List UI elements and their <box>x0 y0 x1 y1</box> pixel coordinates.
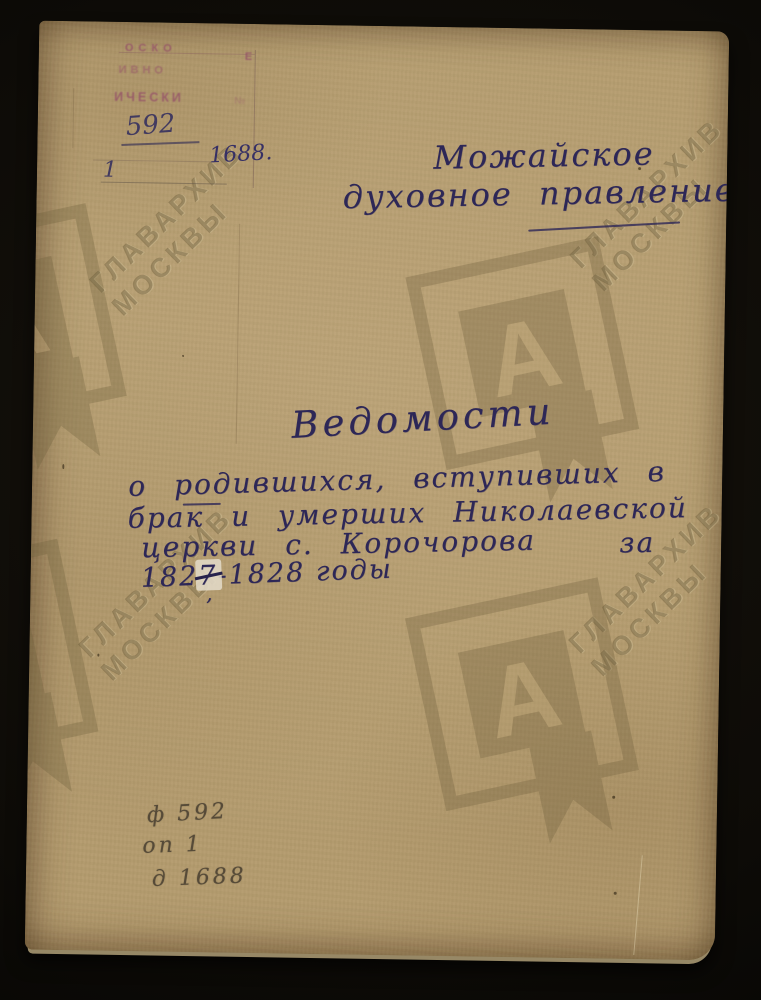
document-page: ГЛАВАРХИВ МОСКВЫ ГЛАВАРХИВ МОСКВЫ ГЛАВАР… <box>25 21 730 961</box>
paper-speck <box>638 167 641 170</box>
reference-opis: оп 1 <box>142 832 203 859</box>
stamp-bottom-mark: 1 <box>103 158 117 183</box>
reference-fond: ф 592 <box>146 799 228 828</box>
years-prefix: 182 <box>140 561 199 594</box>
stamp-text-line2: ИВНО <box>118 64 167 77</box>
stamp-text-line3-right: № <box>234 96 245 107</box>
reference-delo: д 1688 <box>151 864 247 892</box>
stamp-text-line3: ИЧЕСКИ <box>114 90 184 105</box>
header-line2: духовное правление <box>342 171 729 217</box>
years-suffix: -1828 годы <box>217 554 393 591</box>
subtitle-line3-za: за <box>619 526 656 560</box>
paper-speck <box>614 892 617 895</box>
scan-background: ГЛАВАРХИВ МОСКВЫ ГЛАВАРХИВ МОСКВЫ ГЛАВАР… <box>0 0 761 1000</box>
years-comma: , <box>205 581 212 605</box>
stamp-case-number: 1688. <box>209 140 273 168</box>
years-corrected-digit: 7, <box>198 560 218 592</box>
stamp-fond-number: 592 <box>125 109 177 142</box>
paper-speck <box>97 654 99 657</box>
stamp-text-line1-right: Е <box>245 51 253 63</box>
header-line1: Можайское <box>433 134 655 176</box>
paper-speck <box>182 355 184 357</box>
paper-speck <box>612 796 615 799</box>
stamp-text-line1: ОСКО <box>125 42 177 55</box>
